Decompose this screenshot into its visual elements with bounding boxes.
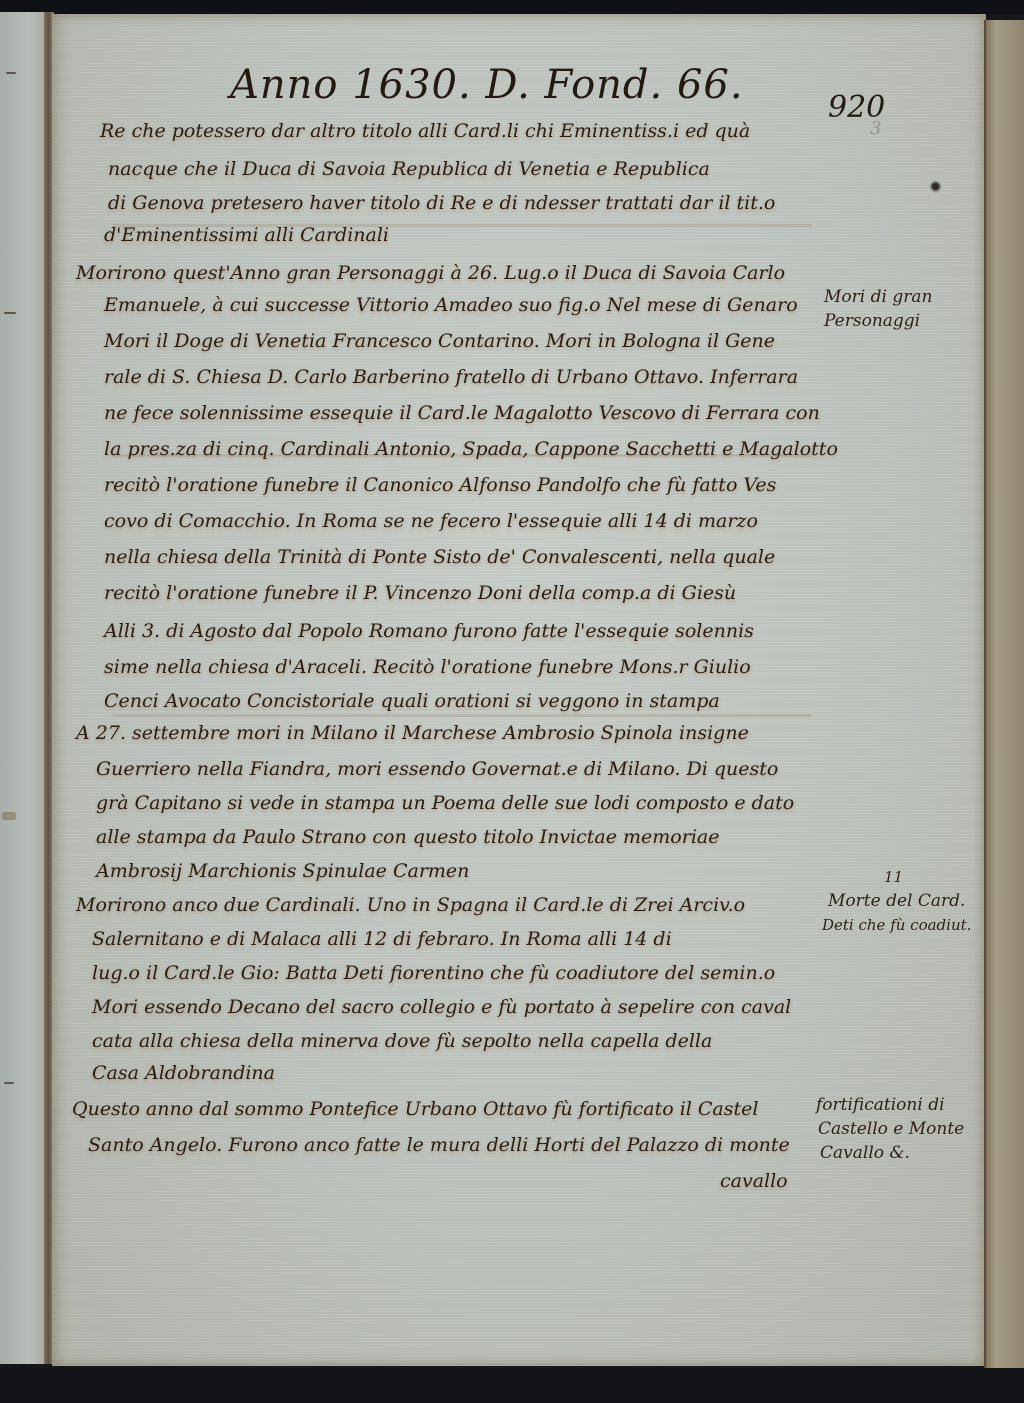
body-line: la pres.za di cinq. Cardinali Antonio, S… <box>104 438 838 460</box>
facing-page-ink <box>4 312 16 314</box>
margin-note-line: Mori di gran <box>824 286 932 308</box>
ink-bleed <box>112 714 812 717</box>
body-line: nella chiesa della Trinità di Ponte Sist… <box>104 546 775 568</box>
photo-background-bottom <box>0 1368 1024 1403</box>
body-line: alle stampa da Paulo Strano con questo t… <box>96 826 719 848</box>
margin-note-line: Morte del Card. <box>828 890 965 912</box>
body-line: cavallo <box>720 1170 788 1192</box>
body-line: Morirono quest'Anno gran Personaggi à 26… <box>76 262 785 284</box>
body-line: Ambrosij Marchionis Spinulae Carmen <box>96 860 469 882</box>
body-line: di Genova pretesero haver titolo di Re e… <box>108 192 775 214</box>
body-line: recitò l'oratione funebre il Canonico Al… <box>104 474 776 496</box>
body-line: Santo Angelo. Furono anco fatte le mura … <box>88 1134 790 1156</box>
next-leaves-edge <box>984 20 1024 1368</box>
body-line: sime nella chiesa d'Araceli. Recitò l'or… <box>104 656 751 678</box>
body-line: ne fece solennissime essequie il Card.le… <box>104 402 820 424</box>
margin-note-line: Personaggi <box>824 310 920 332</box>
body-line: Mori il Doge di Venetia Francesco Contar… <box>104 330 775 352</box>
margin-note-line: Castello e Monte <box>818 1118 964 1140</box>
folio-mark: 3 <box>870 118 881 139</box>
body-line: grà Capitano si vede in stampa un Poema … <box>96 792 794 814</box>
facing-page-stain <box>2 812 16 820</box>
page-edge-line <box>984 20 986 1368</box>
body-line: Alli 3. di Agosto dal Popolo Romano furo… <box>104 620 754 642</box>
body-line: Mori essendo Decano del sacro collegio e… <box>92 996 791 1018</box>
facing-page-ink <box>6 72 16 74</box>
facing-page-edge <box>0 12 50 1364</box>
body-line: nacque che il Duca di Savoia Republica d… <box>108 158 710 180</box>
body-line: Morirono anco due Cardinali. Uno in Spag… <box>76 894 745 916</box>
margin-note-mark: 11 <box>884 866 903 888</box>
body-line: recitò l'oratione funebre il P. Vincenzo… <box>104 582 736 604</box>
body-line: cata alla chiesa della minerva dove fù s… <box>92 1030 712 1052</box>
photo-background-top <box>0 0 1024 14</box>
body-line: rale di S. Chiesa D. Carlo Barberino fra… <box>104 366 798 388</box>
page-header: Anno 1630. D. Fond. 66. <box>230 62 744 108</box>
margin-note-line: fortificationi di <box>816 1094 945 1116</box>
ink-blot <box>931 182 940 191</box>
body-line: A 27. settembre mori in Milano il Marche… <box>76 722 749 744</box>
facing-page-ink <box>4 1082 14 1084</box>
body-line: Cenci Avocato Concistoriale quali oratio… <box>104 690 720 712</box>
body-line: d'Eminentissimi alli Cardinali <box>104 224 389 246</box>
body-line: Salernitano e di Malaca alli 12 di febra… <box>92 928 672 950</box>
margin-note-line: Deti che fù coadiut. <box>822 914 971 936</box>
margin-note-line: Cavallo &. <box>820 1142 910 1164</box>
body-line: covo di Comacchio. In Roma se ne fecero … <box>104 510 758 532</box>
body-line: Casa Aldobrandina <box>92 1062 275 1084</box>
body-line: Re che potessero dar altro titolo alli C… <box>100 120 750 142</box>
body-line: Guerriero nella Fiandra, mori essendo Go… <box>96 758 778 780</box>
body-line: Questo anno dal sommo Pontefice Urbano O… <box>72 1098 758 1120</box>
body-line: Emanuele, à cui successe Vittorio Amadeo… <box>104 294 798 316</box>
body-line: lug.o il Card.le Gio: Batta Deti fiorent… <box>92 962 775 984</box>
